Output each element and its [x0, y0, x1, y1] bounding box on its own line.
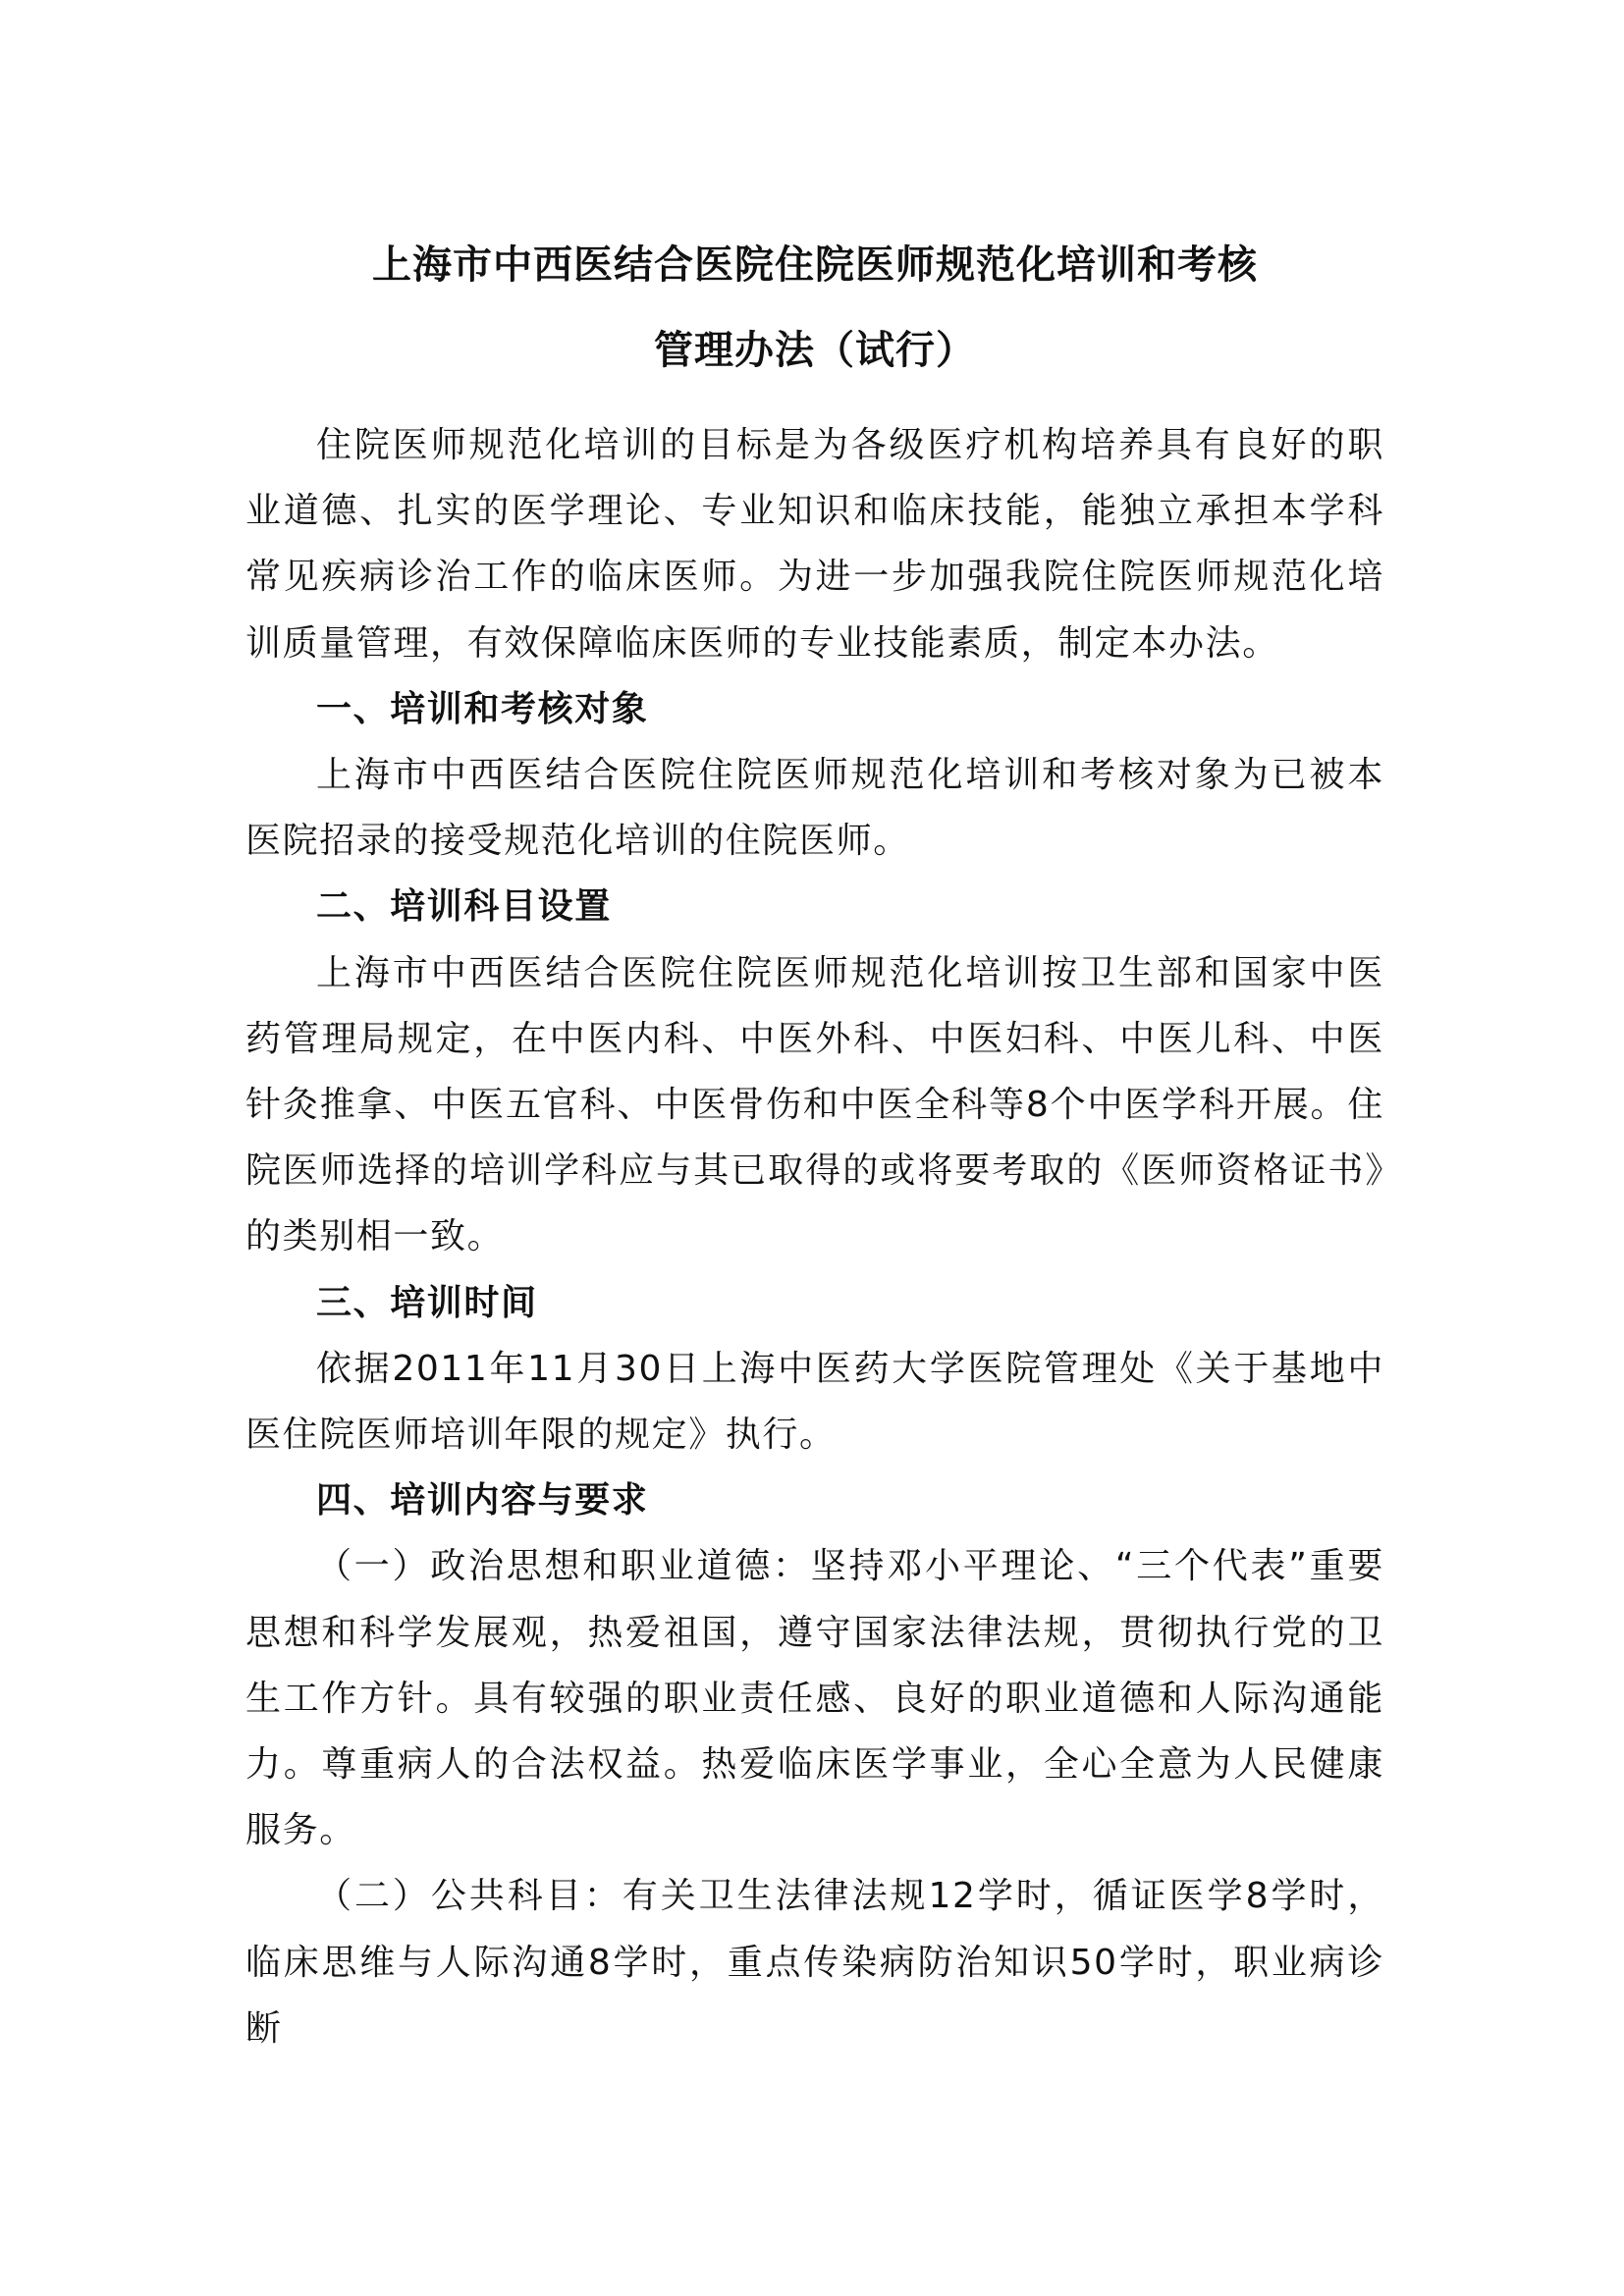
section-4-paragraph-2: （二）公共科目：有关卫生法律法规12学时，循证医学8学时，临床思维与人际沟通8学…	[245, 1863, 1384, 2061]
section-heading-4: 四、培训内容与要求	[245, 1468, 1384, 1533]
document-title-line2: 管理办法（试行）	[245, 326, 1384, 375]
section-2-paragraph-1: 上海市中西医结合医院住院医师规范化培训按卫生部和国家中医药管理局规定，在中医内科…	[245, 940, 1384, 1270]
document-title-line1: 上海市中西医结合医院住院医师规范化培训和考核	[245, 240, 1384, 290]
section-3-paragraph-1: 依据2011年11月30日上海中医药大学医院管理处《关于基地中医住院医师培训年限…	[245, 1336, 1384, 1468]
section-heading-2: 二、培训科目设置	[245, 874, 1384, 939]
section-1-paragraph-1: 上海市中西医结合医院住院医师规范化培训和考核对象为已被本医院招录的接受规范化培训…	[245, 742, 1384, 874]
section-heading-1: 一、培训和考核对象	[245, 676, 1384, 742]
section-4-paragraph-1: （一）政治思想和职业道德：坚持邓小平理论、“三个代表”重要思想和科学发展观，热爱…	[245, 1533, 1384, 1863]
section-heading-3: 三、培训时间	[245, 1270, 1384, 1336]
intro-paragraph: 住院医师规范化培训的目标是为各级医疗机构培养具有良好的职业道德、扎实的医学理论、…	[245, 412, 1384, 676]
document-body: 住院医师规范化培训的目标是为各级医疗机构培养具有良好的职业道德、扎实的医学理论、…	[245, 412, 1384, 2061]
